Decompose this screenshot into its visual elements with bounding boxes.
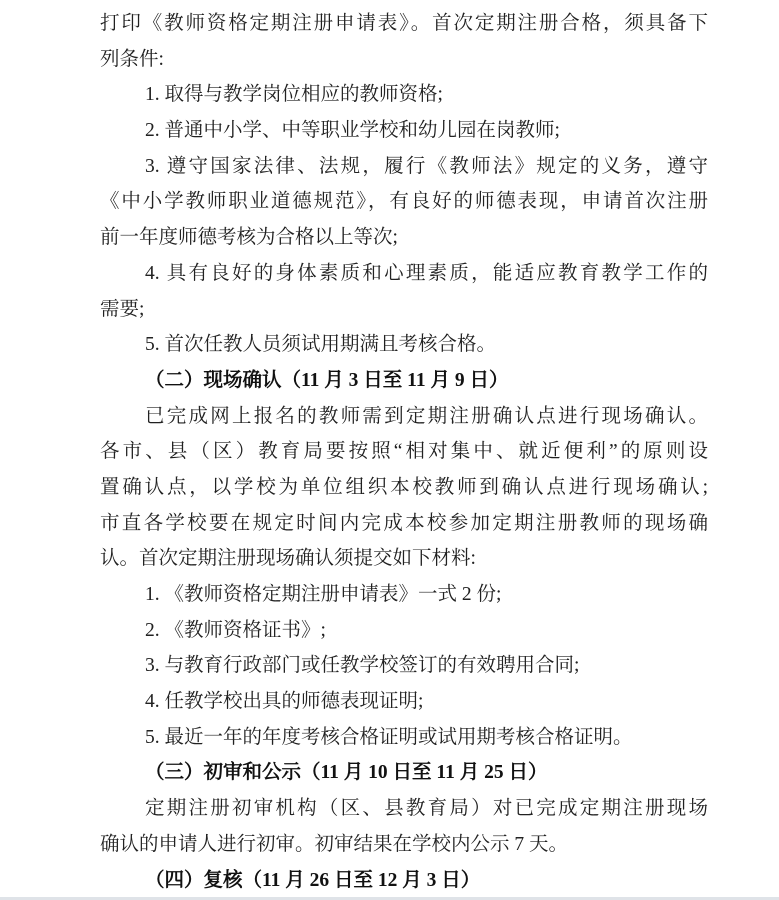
text-line: 《中小学教师职业道德规范》，有良好的师德表现，申请首次注册: [100, 184, 708, 220]
text-line: 前一年度师德考核为合格以上等次;: [100, 220, 708, 256]
section-heading: （四）复核（11 月 26 日至 12 月 3 日）: [100, 863, 708, 899]
text-line: 5. 首次任教人员须试用期满且考核合格。: [100, 327, 708, 363]
text-line: 3. 与教育行政部门或任教学校签订的有效聘用合同;: [100, 648, 708, 684]
text-line: 打印《教师资格定期注册申请表》。首次定期注册合格，须具备下: [100, 6, 708, 42]
text-line: 已完成网上报名的教师需到定期注册确认点进行现场确认。: [100, 399, 708, 435]
text-line: 市直各学校要在规定时间内完成本校参加定期注册教师的现场确: [100, 506, 708, 542]
text-line: 1. 《教师资格定期注册申请表》一式 2 份;: [100, 577, 708, 613]
text-line: 定期注册初审机构（区、县教育局）对已完成定期注册现场: [100, 791, 708, 827]
text-line: 2. 《教师资格证书》;: [100, 613, 708, 649]
text-line: 列条件:: [100, 42, 708, 78]
text-line: 4. 任教学校出具的师德表现证明;: [100, 684, 708, 720]
text-line: 3. 遵守国家法律、法规，履行《教师法》规定的义务，遵守: [100, 149, 708, 185]
text-line: 需要;: [100, 292, 708, 328]
text-line: 1. 取得与教学岗位相应的教师资格;: [100, 77, 708, 113]
text-line: 5. 最近一年的年度考核合格证明或试用期考核合格证明。: [100, 720, 708, 756]
document-body: 打印《教师资格定期注册申请表》。首次定期注册合格，须具备下列条件:1. 取得与教…: [100, 6, 708, 898]
text-line: 认。首次定期注册现场确认须提交如下材料:: [100, 541, 708, 577]
text-line: 各市、县（区）教育局要按照“相对集中、就近便利”的原则设: [100, 434, 708, 470]
text-line: 确认的申请人进行初审。初审结果在学校内公示 7 天。: [100, 827, 708, 863]
text-line: 4. 具有良好的身体素质和心理素质，能适应教育教学工作的: [100, 256, 708, 292]
section-heading: （三）初审和公示（11 月 10 日至 11 月 25 日）: [100, 755, 708, 791]
text-line: 2. 普通中小学、中等职业学校和幼儿园在岗教师;: [100, 113, 708, 149]
text-line: 置确认点，以学校为单位组织本校教师到确认点进行现场确认;: [100, 470, 708, 506]
section-heading: （二）现场确认（11 月 3 日至 11 月 9 日）: [100, 363, 708, 399]
